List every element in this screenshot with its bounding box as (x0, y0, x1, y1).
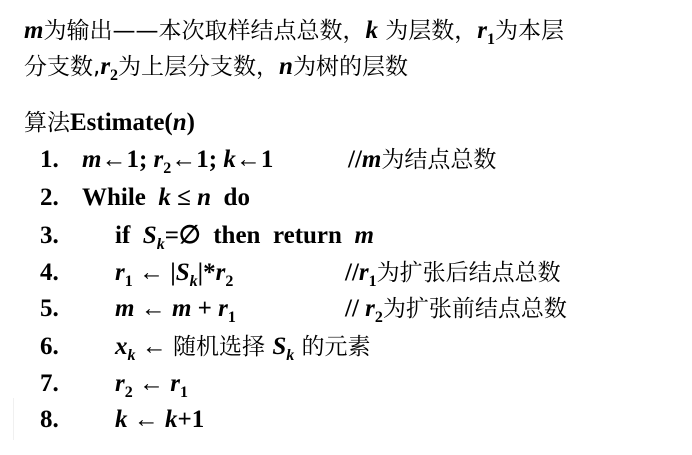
step-number: 7. (40, 369, 59, 399)
step-code: xk ← 随机选择 Sk 的元素 (115, 332, 371, 362)
step-comment: //m为结点总数 (348, 145, 496, 175)
intro-text: 为树的层数 (293, 54, 408, 80)
step-code: r1 ← |Sk|*r2 (115, 258, 233, 288)
step-number: 4. (40, 258, 59, 288)
var-k: k (365, 17, 378, 44)
var-r2: r2 (100, 53, 118, 80)
intro-line-2: 分支数,r2为上层分支数，n为树的层数 (24, 52, 408, 82)
step-code: r2 ← r1 (115, 369, 188, 399)
var-m: m (24, 17, 43, 44)
algorithm-paren: ) (187, 109, 195, 136)
step-comment: // r2为扩张前结点总数 (345, 294, 567, 324)
var-n: n (279, 53, 293, 80)
algorithm-param: n (173, 109, 187, 136)
intro-text: 为层数， (378, 18, 477, 44)
step-code: if Sk=∅ then return m (115, 221, 374, 251)
intro-text: 分支数, (24, 54, 100, 80)
algorithm-title-cn: 算法 (24, 110, 70, 136)
algorithm-title: 算法Estimate(n) (24, 108, 195, 138)
intro-line-1: m为输出——本次取样结点总数，k 为层数，r1为本层 (24, 16, 564, 46)
step-code: While k ≤ n do (82, 183, 250, 213)
step-code: m←1; r2←1; k←1 (82, 145, 273, 175)
step-comment: //r1为扩张后结点总数 (345, 258, 561, 288)
intro-text: 为上层分支数， (118, 54, 279, 80)
step-number: 5. (40, 294, 59, 324)
step-number: 6. (40, 332, 59, 362)
intro-text: 为本层 (495, 18, 564, 44)
step-number: 2. (40, 183, 59, 213)
var-r1: r1 (477, 17, 495, 44)
step-code: m ← m + r1 (115, 294, 236, 324)
edge-artifact (13, 398, 14, 440)
algorithm-name: Estimate( (70, 109, 173, 136)
step-number: 3. (40, 221, 59, 251)
intro-text: 为输出——本次取样结点总数， (43, 18, 365, 44)
step-number: 8. (40, 405, 59, 435)
step-number: 1. (40, 145, 59, 175)
step-code: k ← k+1 (115, 405, 204, 435)
